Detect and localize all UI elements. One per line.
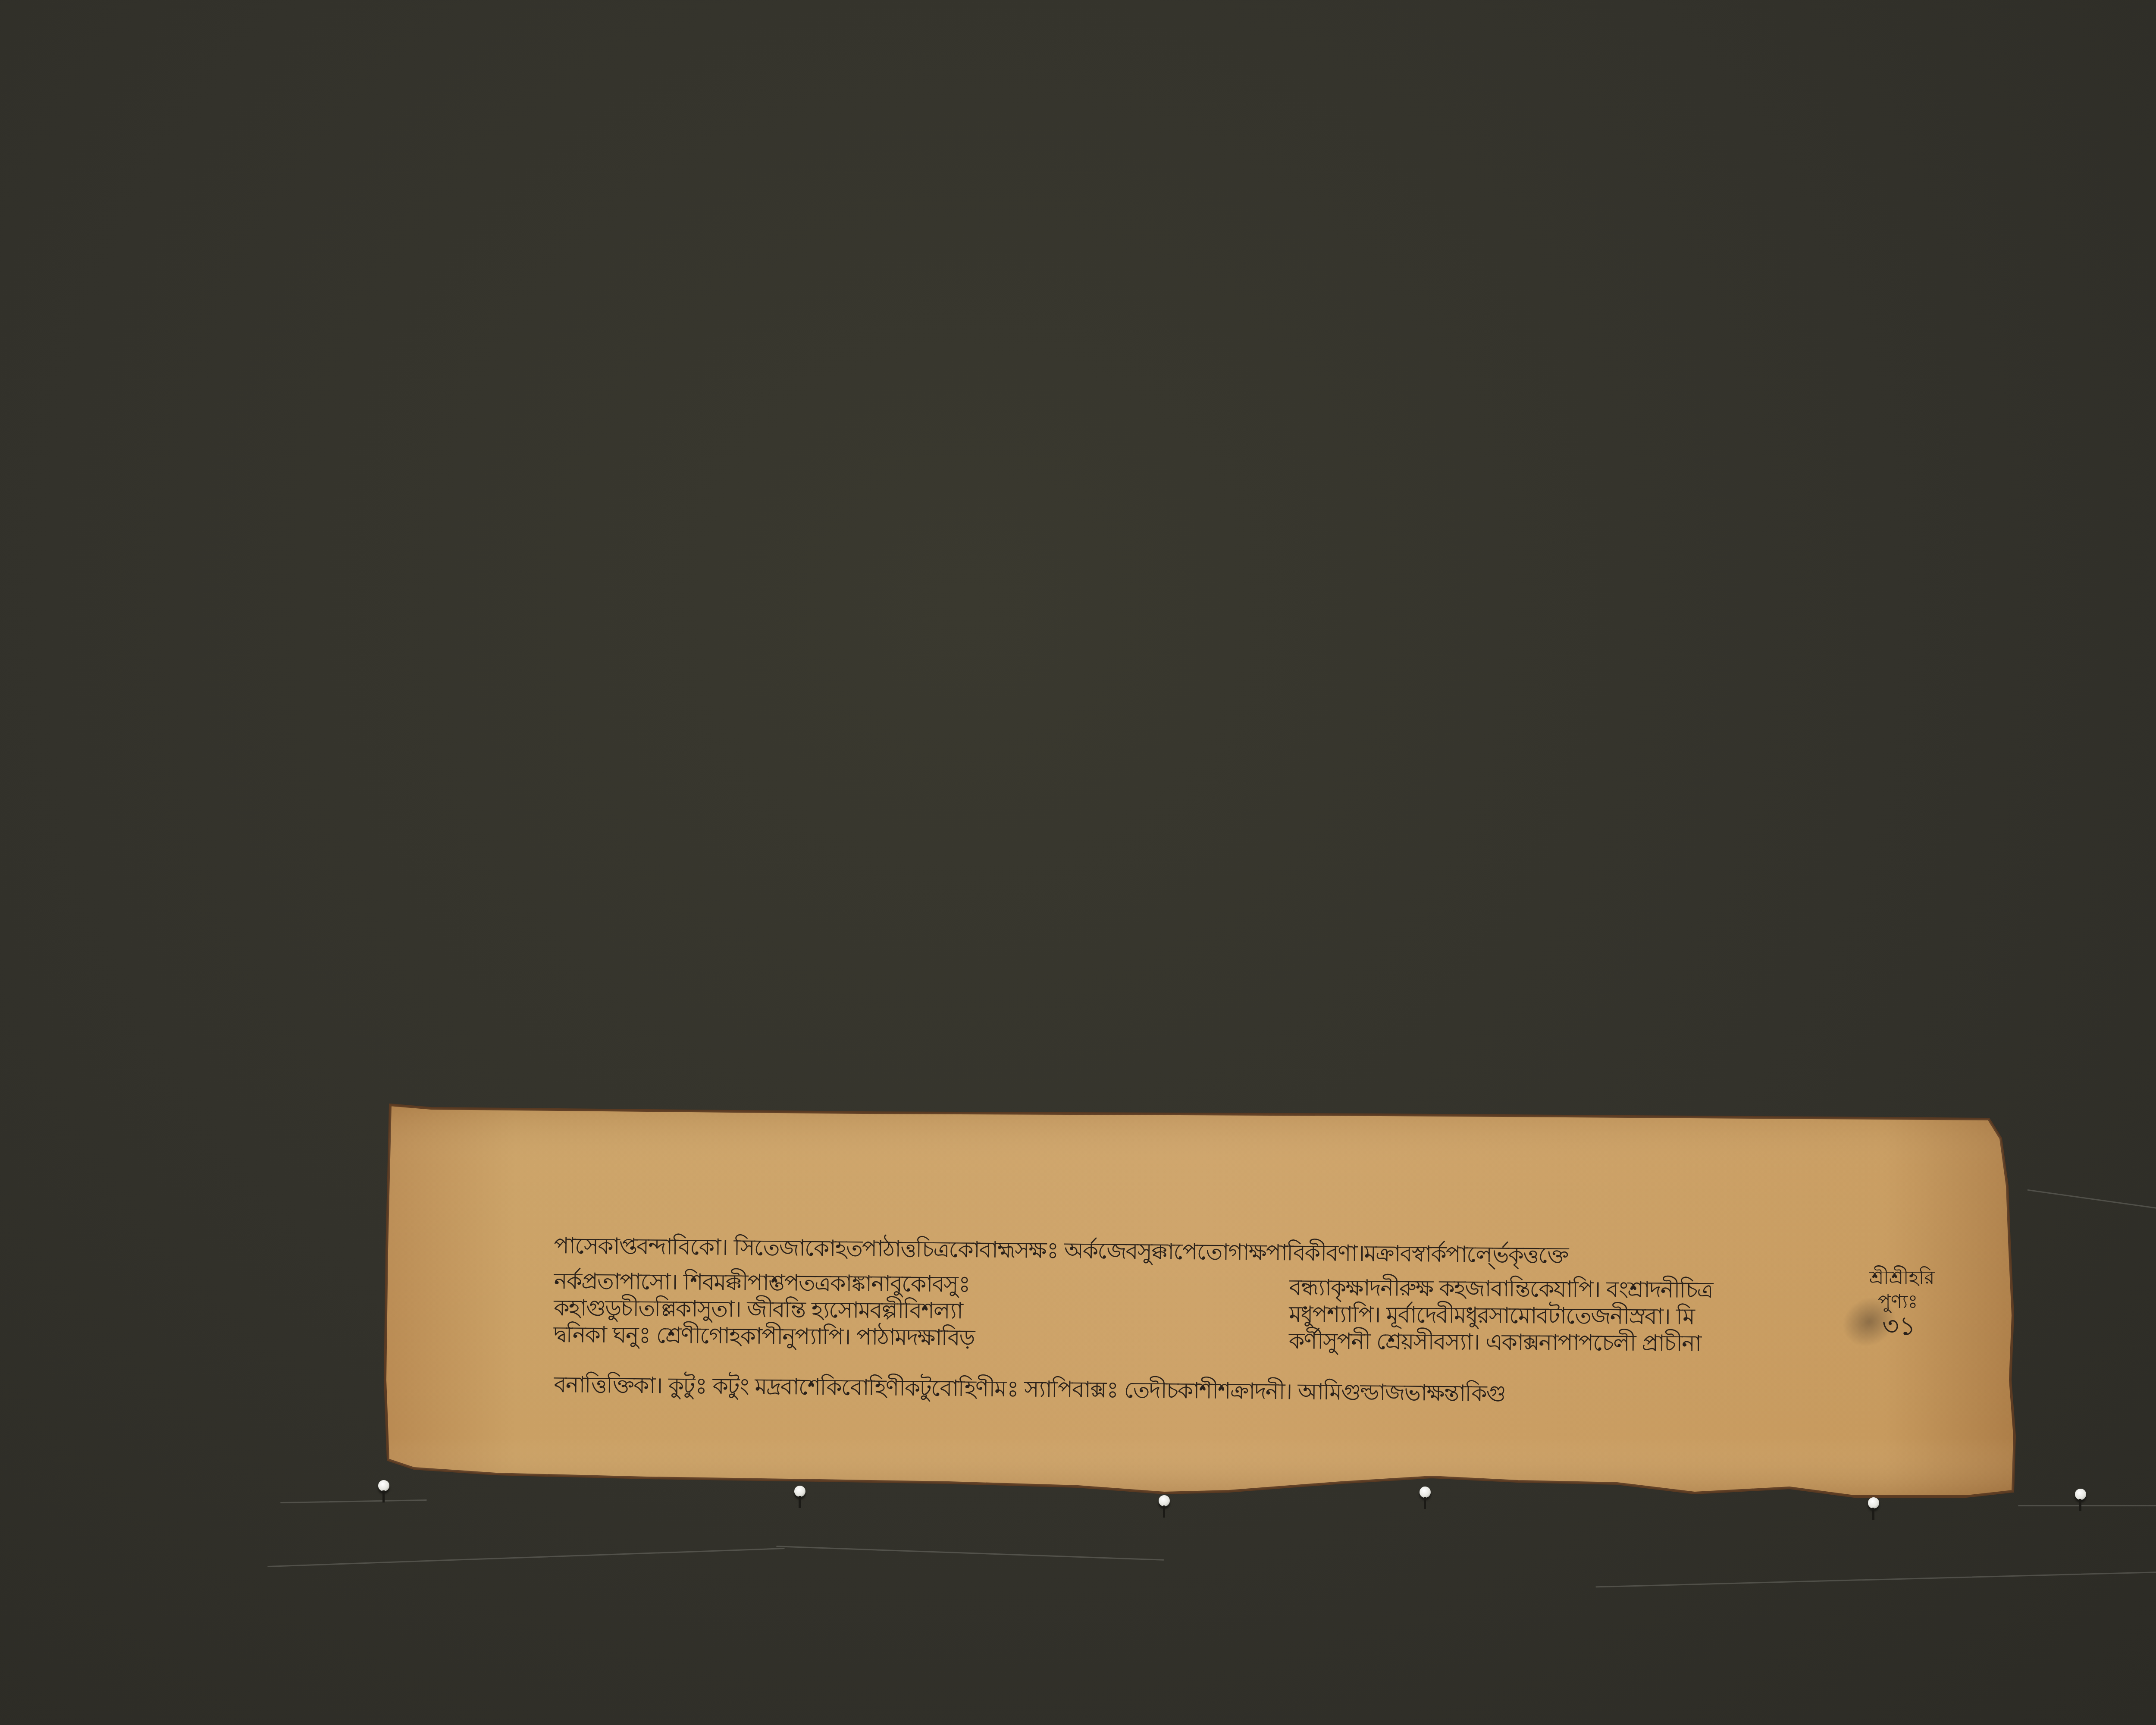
text-line: মধুপশ্যাপি। মূর্বাদেবীমধুরসামোবটাতেজনীস্… xyxy=(1289,1301,1712,1330)
pin-icon xyxy=(1159,1495,1170,1506)
pin-icon xyxy=(2075,1489,2086,1500)
text-line: বন্ধ্যাকৃক্ষাদনীরুক্ষ কহজাবান্তিকেযাপি। … xyxy=(1289,1274,1713,1304)
margin-note: শ্রীশ্রীহরি পুণ্যঃ ৩১ xyxy=(1869,1266,1934,1338)
margin-invocation: শ্রীশ্রীহরি xyxy=(1869,1266,1934,1290)
right-text-block: বন্ধ্যাকৃক্ষাদনীরুক্ষ কহজাবান্তিকেযাপি। … xyxy=(1289,1274,1713,1357)
palm-leaf-manuscript: পাসেকাপ্তবন্দাবিকো। সিতেজাকোহতপাঠাত্তচিত… xyxy=(0,0,2156,1725)
left-text-block: নর্কপ্রতাপাসো। শিবমক্কীপাশ্তপতত্রকাঙ্কান… xyxy=(554,1268,975,1352)
pin-icon xyxy=(1420,1487,1431,1498)
pin-icon xyxy=(378,1480,389,1491)
text-line: দ্বনিকা ঘনুঃ শ্রেণীগোহকাপীনুপ্যাপি। পাঠা… xyxy=(554,1321,975,1352)
text-line: নর্কপ্রতাপাসো। শিবমক্কীপাশ্তপতত্রকাঙ্কান… xyxy=(554,1268,975,1298)
leaf-shape xyxy=(0,0,2156,1725)
folio-number: ৩১ xyxy=(1869,1314,1934,1338)
pin-icon xyxy=(1868,1497,1879,1509)
margin-subtitle: পুণ্যঃ xyxy=(1869,1290,1934,1314)
text-line: কর্ণীসুপনী শ্রেয়সীবস্যা। একাক্সনাপাপচেল… xyxy=(1289,1328,1712,1357)
pin-icon xyxy=(794,1486,805,1497)
text-line: কহাগুডুচীতল্লিকাসুতা। জীবন্তি হ্যসোমবল্প… xyxy=(554,1295,975,1325)
